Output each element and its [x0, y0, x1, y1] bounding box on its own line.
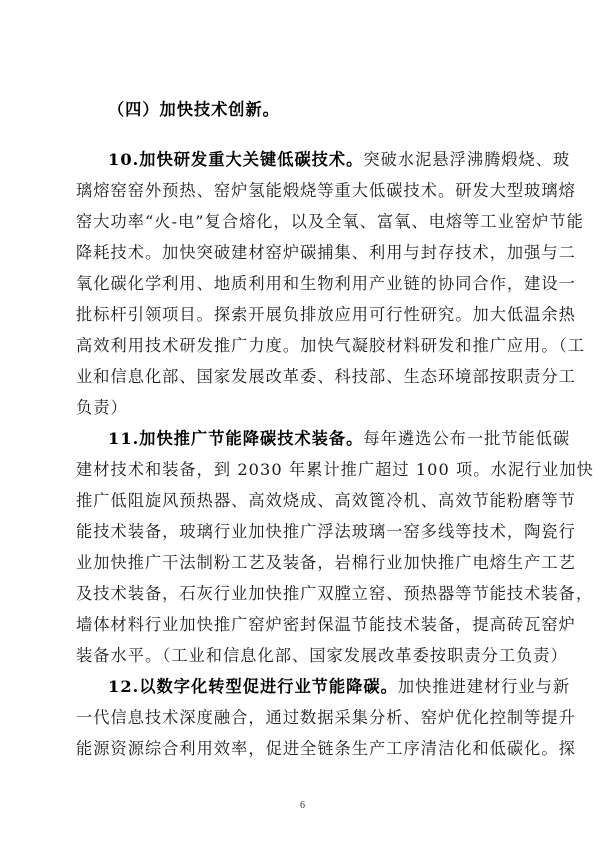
- paragraph-11-title: 11.加快推广节能降碳技术装备。: [108, 429, 363, 448]
- paragraph-10-line-4: 氧化碳化学利用、地质利用和生物利用产业链的协同合作，建设一: [76, 274, 542, 294]
- paragraph-10-title: 10.加快研发重大关键低碳技术。: [108, 150, 363, 169]
- paragraph-12-title: 12.以数字化转型促进行业节能降碳。: [108, 677, 398, 696]
- paragraph-10-line-5: 批标杆引领项目。探索开展负排放应用可行性研究。加大低温余热: [76, 305, 542, 325]
- document-page: （四）加快技术创新。 10.加快研发重大关键低碳技术。突破水泥悬浮沸腾煅烧、玻 …: [0, 0, 609, 856]
- paragraph-11-line-5: 及技术装备，石灰行业加快推广双膛立窑、预热器等节能技术装备，: [76, 584, 542, 604]
- paragraph-10-line-8: 负责）: [76, 398, 542, 418]
- paragraph-12-line-2: 能源资源综合利用效率，促进全链条生产工序清洁化和低碳化。探: [76, 739, 542, 759]
- paragraph-12-line-1: 一代信息技术深度融合，通过数据采集分析、窑炉优化控制等提升: [76, 708, 542, 728]
- paragraph-10-line-2: 窑大功率“火-电”复合熔化，以及全氧、富氧、电熔等工业窑炉节能: [76, 212, 542, 232]
- paragraph-10-line-7: 业和信息化部、国家发展改革委、科技部、生态环境部按职责分工: [76, 367, 542, 387]
- paragraph-12-line-0: 12.以数字化转型促进行业节能降碳。加快推进建材行业与新: [108, 677, 542, 697]
- paragraph-11-line-3: 能技术装备，玻璃行业加快推广浮法玻璃一窑多线等技术，陶瓷行: [76, 522, 542, 542]
- paragraph-11-line-2: 推广低阻旋风预热器、高效烧成、高效篦冷机、高效节能粉磨等节: [76, 491, 542, 511]
- section-heading: （四）加快技术创新。: [108, 96, 280, 120]
- paragraph-10-line-0: 10.加快研发重大关键低碳技术。突破水泥悬浮沸腾煅烧、玻: [108, 150, 542, 170]
- page-number: 6: [300, 800, 305, 811]
- paragraph-11-line-1: 建材技术和装备，到 2030 年累计推广超过 100 项。水泥行业加快: [76, 460, 542, 480]
- paragraph-11-line-4: 业加快推广干法制粉工艺及装备，岩棉行业加快推广电熔生产工艺: [76, 553, 542, 573]
- paragraph-11-line-0: 11.加快推广节能降碳技术装备。每年遴选公布一批节能低碳: [108, 429, 542, 449]
- paragraph-10-line-1: 璃熔窑窑外预热、窑炉氢能煅烧等重大低碳技术。研发大型玻璃熔: [76, 181, 542, 201]
- paragraph-10-line-6: 高效利用技术研发推广力度。加快气凝胶材料研发和推广应用。（工: [76, 336, 542, 356]
- paragraph-10-line-3: 降耗技术。加快突破建材窑炉碳捕集、利用与封存技术，加强与二: [76, 243, 542, 263]
- paragraph-11-line-7: 装备水平。（工业和信息化部、国家发展改革委按职责分工负责）: [76, 646, 542, 666]
- paragraph-11-line-6: 墙体材料行业加快推广窑炉密封保温节能技术装备，提高砖瓦窑炉: [76, 615, 542, 635]
